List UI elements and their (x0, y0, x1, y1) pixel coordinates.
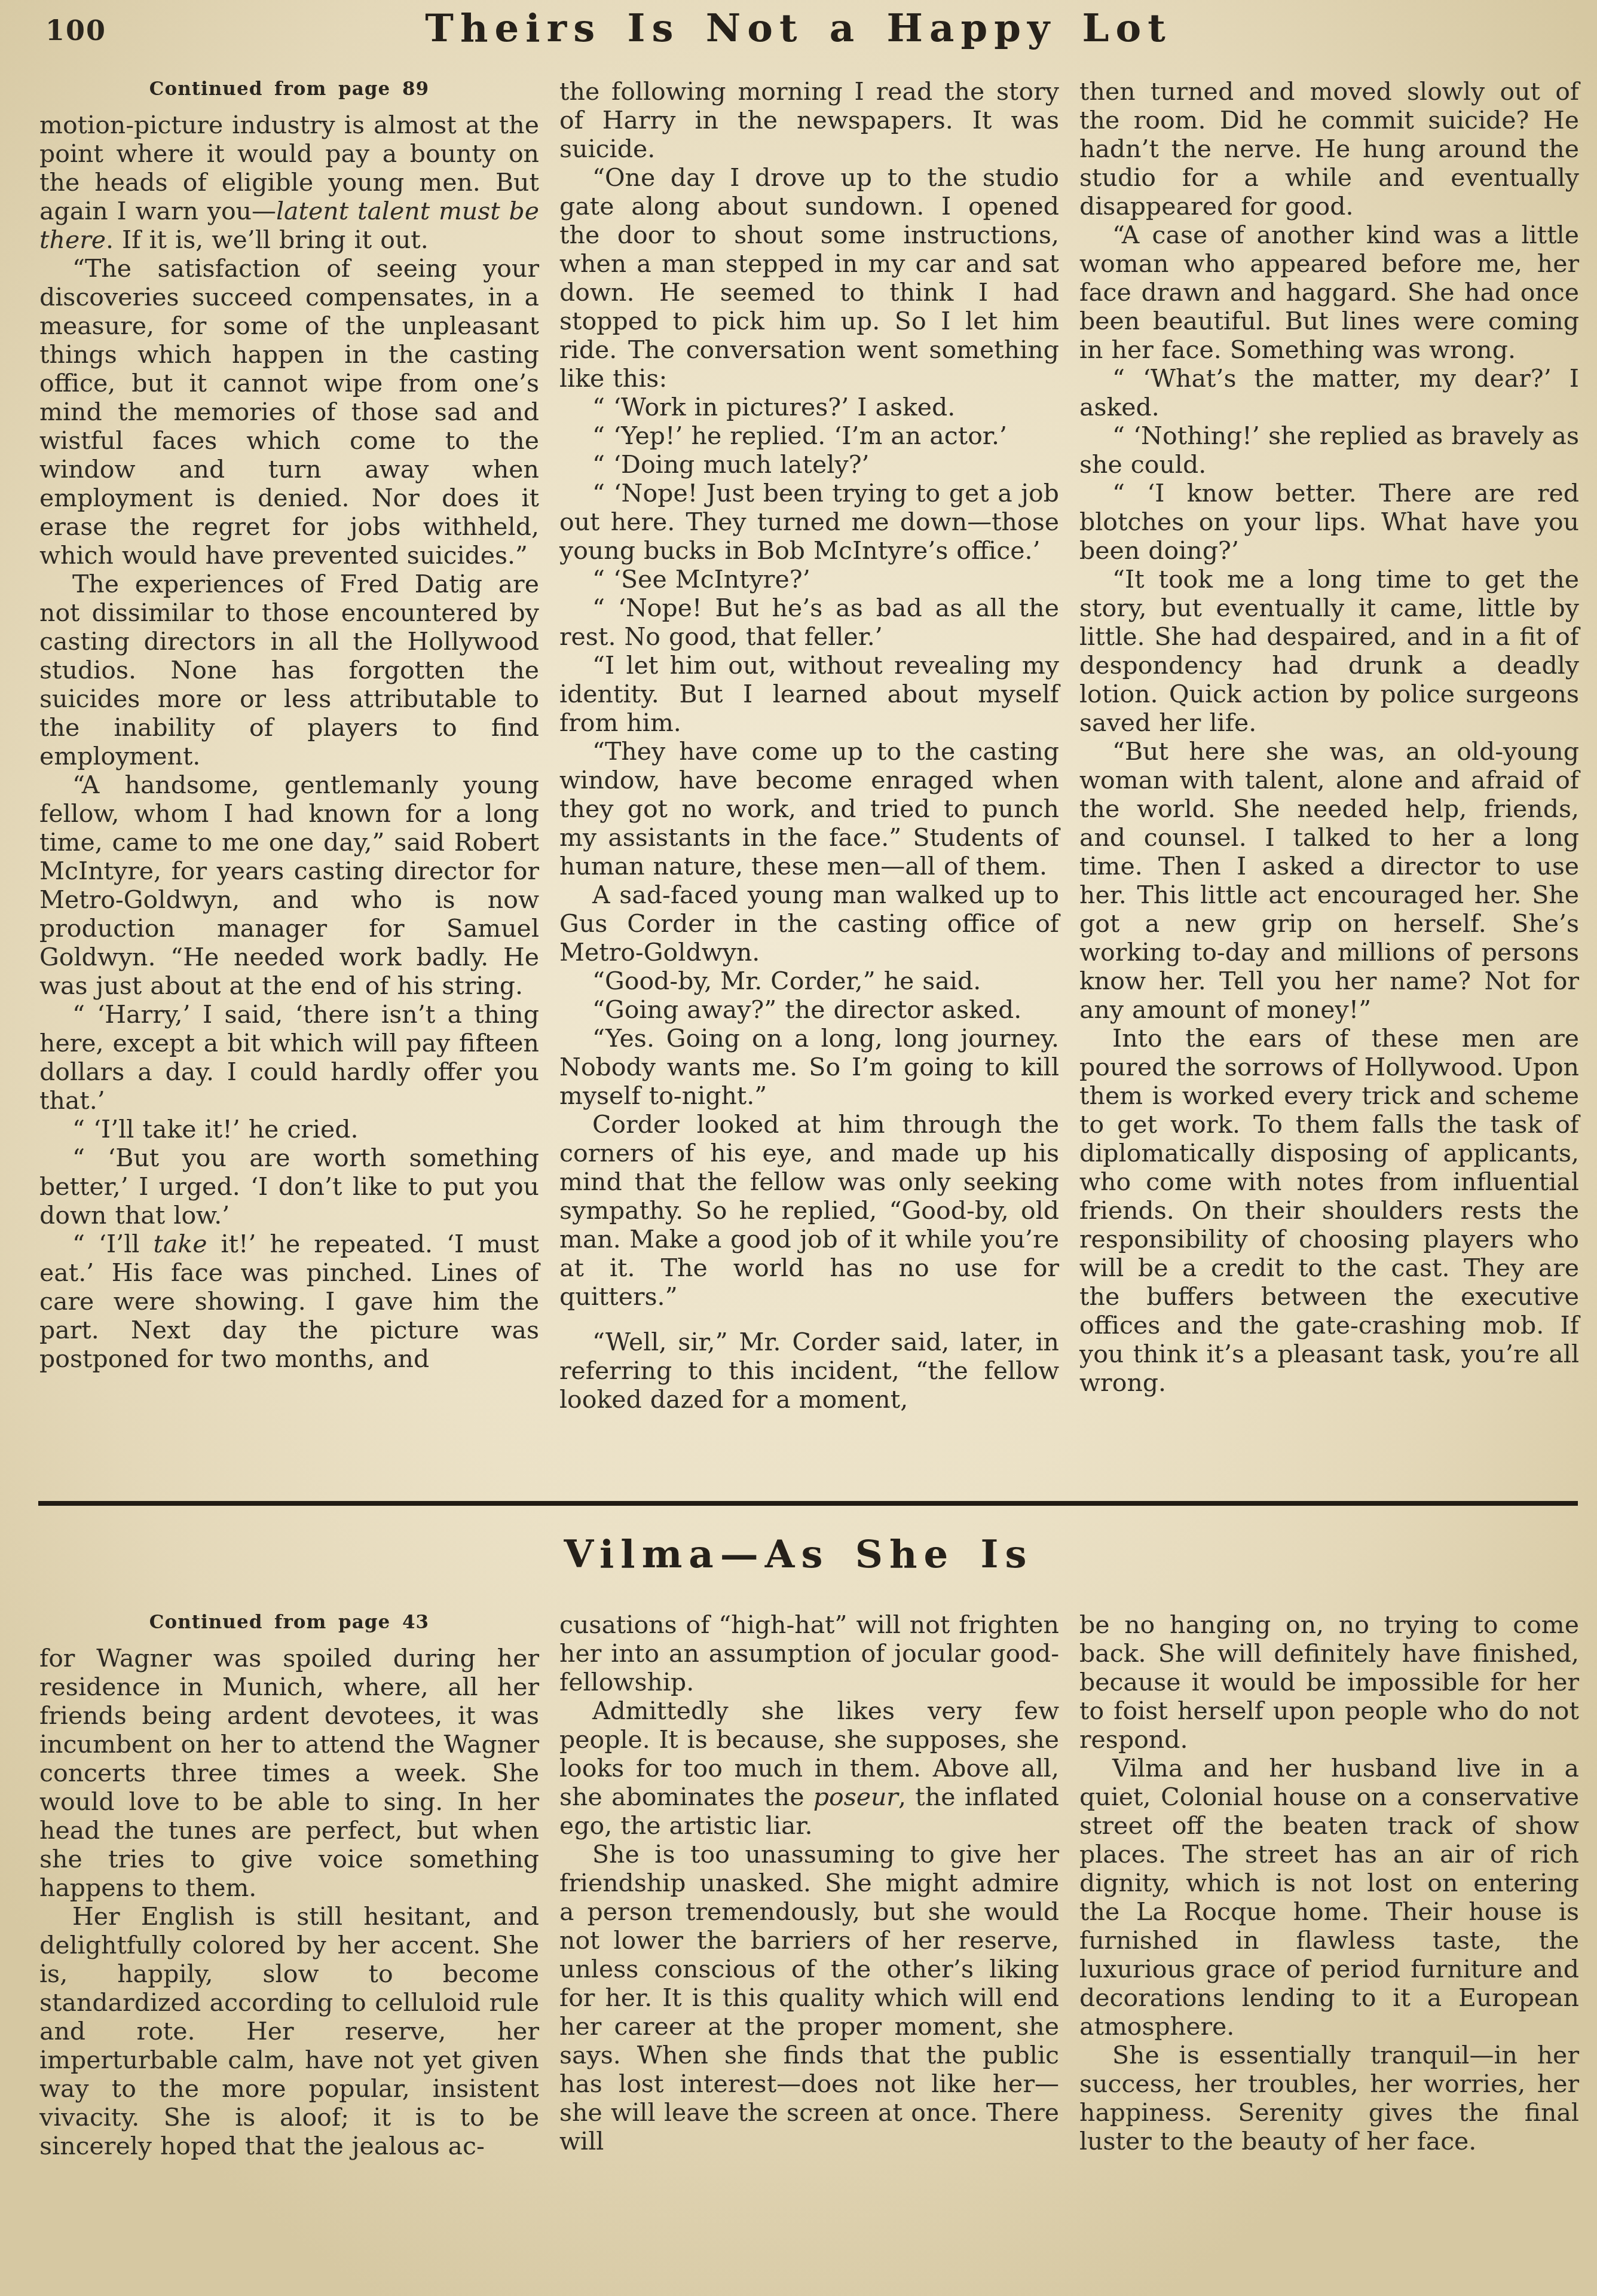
paragraph: “ ‘What’s the matter, my dear?’ I asked. (1079, 364, 1579, 421)
paragraph: “ ‘Doing much lately?’ (559, 450, 1059, 479)
paragraph: “ ‘I’ll take it!’ he cried. (39, 1115, 539, 1144)
paragraph: “Good-by, Mr. Corder,” he said. (559, 967, 1059, 995)
paragraph: Corder looked at him through the corners… (559, 1110, 1059, 1311)
article2-column-1-text: for Wagner was spoiled during her reside… (39, 1644, 539, 2160)
paragraph: “ ‘Nope! But he’s as bad as all the rest… (559, 594, 1059, 651)
section-divider-rule (38, 1501, 1578, 1506)
paragraph: She is too unassuming to give her friend… (559, 1840, 1059, 2156)
article2-column-2: cusations of “high-hat” will not frighte… (559, 1610, 1059, 2156)
paragraph: “Yes. Going on a long, long journey. Nob… (559, 1024, 1059, 1110)
article1-column-2-text: the following morning I read the story o… (559, 77, 1059, 1414)
magazine-page: 100 Theirs Is Not a Happy Lot Continued … (0, 0, 1597, 2296)
paragraph: A sad-faced young man walked up to Gus C… (559, 881, 1059, 967)
paragraph: “A case of another kind was a little wom… (1079, 221, 1579, 364)
article1-column-3-text: then turned and moved slowly out of the … (1079, 77, 1579, 1397)
paragraph: “ ‘I know better. There are red blotches… (1079, 479, 1579, 565)
article1-columns: Continued from page 89 motion-picture in… (0, 77, 1597, 1470)
article2-title: Vilma—As She Is (0, 1532, 1597, 1577)
article1-column-1-text: motion-picture industry is almost at the… (39, 111, 539, 1373)
paragraph: Admittedly she likes very few people. It… (559, 1696, 1059, 1840)
paragraph: “ ‘Work in pictures?’ I asked. (559, 393, 1059, 421)
article1-continued-caption: Continued from page 89 (39, 78, 539, 100)
paragraph: for Wagner was spoiled during her reside… (39, 1644, 539, 1902)
paragraph: motion-picture industry is almost at the… (39, 111, 539, 254)
paragraph: be no hanging on, no trying to come back… (1079, 1610, 1579, 1754)
article2-column-1: Continued from page 43 for Wagner was sp… (39, 1610, 539, 2160)
paragraph: “I let him out, without revealing my ide… (559, 651, 1059, 737)
article2-column-2-text: cusations of “high-hat” will not frighte… (559, 1610, 1059, 2156)
article1-column-2: the following morning I read the story o… (559, 77, 1059, 1414)
paragraph: Vilma and her husband live in a quiet, C… (1079, 1754, 1579, 2041)
paragraph: She is essentially tranquil—in her succe… (1079, 2041, 1579, 2156)
article2-column-3: be no hanging on, no trying to come back… (1079, 1610, 1579, 2156)
paragraph: the following morning I read the story o… (559, 77, 1059, 163)
article1-title: Theirs Is Not a Happy Lot (0, 0, 1597, 51)
paragraph: “ ‘Nope! Just been trying to get a job o… (559, 479, 1059, 565)
article2-columns: Continued from page 43 for Wagner was sp… (0, 1610, 1597, 2160)
paragraph: “ ‘Harry,’ I said, ‘there isn’t a thing … (39, 1000, 539, 1115)
paragraph: Into the ears of these men are poured th… (1079, 1024, 1579, 1397)
paragraph: Her English is still hesitant, and delig… (39, 1902, 539, 2160)
paragraph: “One day I drove up to the studio gate a… (559, 163, 1059, 393)
paragraph: The experiences of Fred Datig are not di… (39, 570, 539, 771)
paragraph: “They have come up to the casting window… (559, 737, 1059, 881)
paragraph: “ ‘I’ll take it!’ he repeated. ‘I must e… (39, 1230, 539, 1373)
paragraph: “Well, sir,” Mr. Corder said, later, in … (559, 1328, 1059, 1414)
paragraph: “ ‘Yep!’ he replied. ‘I’m an actor.’ (559, 421, 1059, 450)
article2-column-3-text: be no hanging on, no trying to come back… (1079, 1610, 1579, 2156)
paragraph: “The satisfaction of seeing your discove… (39, 254, 539, 570)
article1-column-1: Continued from page 89 motion-picture in… (39, 77, 539, 1373)
paragraph: “A handsome, gentlemanly young fellow, w… (39, 771, 539, 1000)
page-number: 100 (45, 14, 106, 47)
paragraph: “ ‘Nothing!’ she replied as bravely as s… (1079, 421, 1579, 479)
paragraph: “ ‘But you are worth something better,’ … (39, 1144, 539, 1230)
paragraph: “But here she was, an old-young woman wi… (1079, 737, 1579, 1024)
paragraph: then turned and moved slowly out of the … (1079, 77, 1579, 221)
paragraph: “ ‘See McIntyre?’ (559, 565, 1059, 594)
paragraph: “It took me a long time to get the story… (1079, 565, 1579, 737)
article1-column-3: then turned and moved slowly out of the … (1079, 77, 1579, 1397)
paragraph: cusations of “high-hat” will not frighte… (559, 1610, 1059, 1696)
paragraph: “Going away?” the director asked. (559, 995, 1059, 1024)
article2-continued-caption: Continued from page 43 (39, 1612, 539, 1633)
